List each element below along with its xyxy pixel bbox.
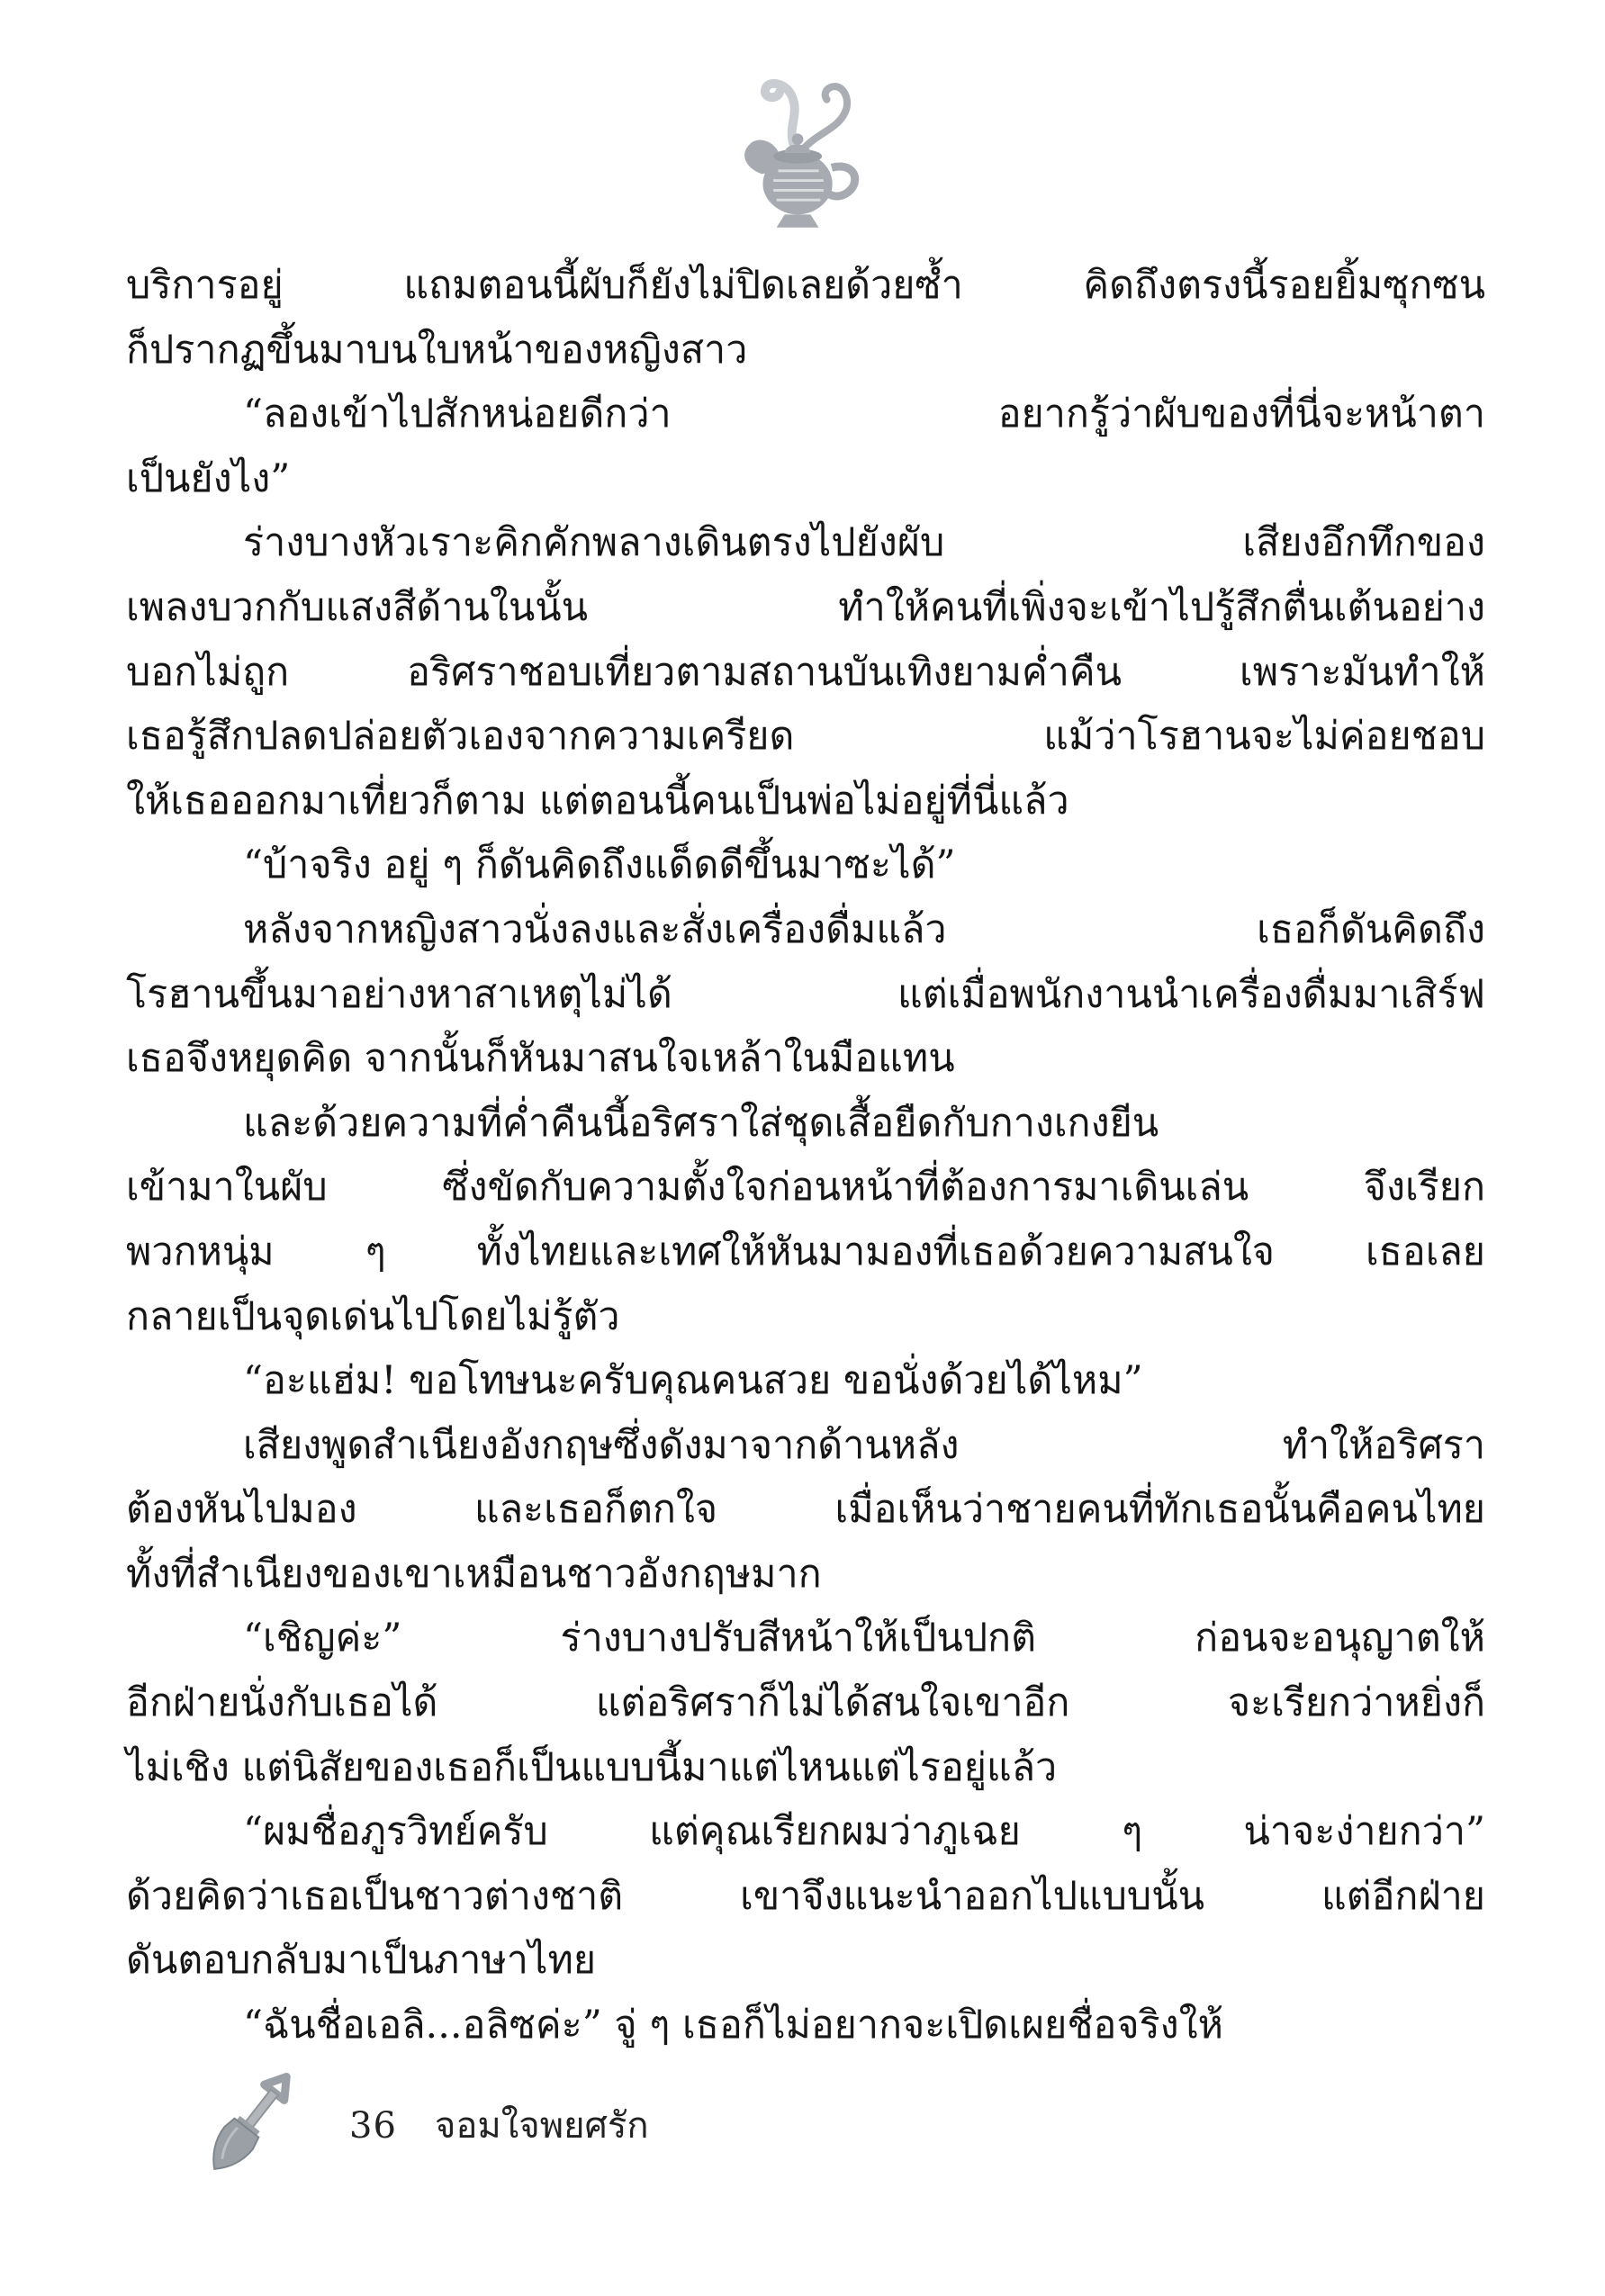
book-page: บริการอยู่ แถมตอนนี้ผับก็ยังไม่ปิดเลยด้ว… [0,0,1605,2296]
book-title: จอมใจพยศรัก [435,2096,649,2154]
text-line: ร่างบางหัวเราะคิกคักพลางเดินตรงไปยังผับ … [126,511,1485,576]
text-line: และด้วยความที่ค่ำคืนนี้อริศราใส่ชุดเสื้อ… [126,1092,1485,1157]
text-line: “เชิญค่ะ” ร่างบางปรับสีหน้าให้เป็นปกติ ก… [126,1607,1485,1671]
text-line: เธอรู้สึกปลดปล่อยตัวเองจากความเครียด แม้… [126,705,1485,770]
text-line: บริการอยู่ แถมตอนนี้ผับก็ยังไม่ปิดเลยด้ว… [126,254,1485,319]
genie-lamp-icon [0,72,1605,234]
text-line: ดันตอบกลับมาเป็นภาษาไทย [126,1929,1485,1994]
text-line: เพลงบวกกับแสงสีด้านในนั้น ทำให้คนที่เพิ่… [126,576,1485,641]
text-line: เธอจึงหยุดคิด จากนั้นก็หันมาสนใจเหล้าในม… [126,1027,1485,1092]
text-line: ไม่เชิง แต่นิสัยของเธอก็เป็นแบบนี้มาแต่ไ… [126,1736,1485,1801]
text-line: “ผมชื่อภูรวิทย์ครับ แต่คุณเรียกผมว่าภูเฉ… [126,1800,1485,1865]
text-line: เสียงพูดสำเนียงอังกฤษซึ่งดังมาจากด้านหลั… [126,1414,1485,1479]
text-line: “อะแฮ่ม! ขอโทษนะครับคุณคนสวย ขอนั่งด้วยไ… [126,1349,1485,1414]
page-number: 36 [349,2105,397,2147]
text-line: ต้องหันไปมอง และเธอก็ตกใจ เมื่อเห็นว่าชา… [126,1478,1485,1543]
page-footer: 36 จอมใจพยศรัก [189,2061,649,2205]
text-line: ด้วยคิดว่าเธอเป็นชาวต่างชาติ เขาจึงแนะนำ… [126,1865,1485,1930]
text-line: พวกหนุ่ม ๆ ทั้งไทยและเทศให้หันมามองที่เธ… [126,1220,1485,1285]
text-line: หลังจากหญิงสาวนั่งลงและสั่งเครื่องดื่มแล… [126,898,1485,963]
body-text: บริการอยู่ แถมตอนนี้ผับก็ยังไม่ปิดเลยด้ว… [126,254,1485,2058]
text-line: โรฮานขึ้นมาอย่างหาสาเหตุไม่ได้ แต่เมื่อพ… [126,963,1485,1028]
text-line: อีกฝ่ายนั่งกับเธอได้ แต่อริศราก็ไม่ได้สน… [126,1671,1485,1736]
text-line: ทั้งที่สำเนียงของเขาเหมือนชาวอังกฤษมาก [126,1543,1485,1607]
text-line: เข้ามาในผับ ซึ่งขัดกับความตั้งใจก่อนหน้า… [126,1156,1485,1220]
text-line: ก็ปรากฏขึ้นมาบนใบหน้าของหญิงสาว [126,319,1485,383]
text-line: เป็นยังไง” [126,447,1485,512]
text-line: “ลองเข้าไปสักหน่อยดีกว่า อยากรู้ว่าผับขอ… [126,383,1485,447]
text-line: บอกไม่ถูก อริศราชอบเที่ยวตามสถานบันเทิงย… [126,641,1485,706]
text-line: กลายเป็นจุดเด่นไปโดยไม่รู้ตัว [126,1285,1485,1350]
shovel-icon [189,2061,324,2205]
text-line: ให้เธอออกมาเที่ยวก็ตาม แต่ตอนนี้คนเป็นพ่… [126,770,1485,834]
text-line: “ฉันชื่อเอลิ...อลิซค่ะ” จู่ ๆ เธอก็ไม่อย… [126,1994,1485,2058]
text-line: “บ้าจริง อยู่ ๆ ก็ดันคิดถึงแด็ดดีขึ้นมาซ… [126,833,1485,898]
